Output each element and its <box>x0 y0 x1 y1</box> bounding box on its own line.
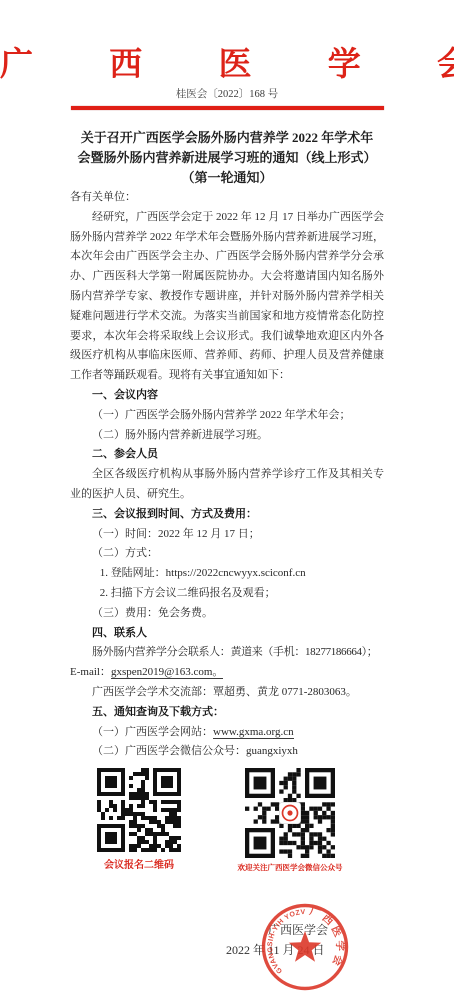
section4-email-line: E-mail：gxspen2019@163.com。 <box>70 663 384 683</box>
notice-title-line1: 关于召开广西医学会肠外肠内营养学 2022 年学术年 <box>70 128 384 148</box>
seal-star <box>289 931 321 962</box>
org-masthead: 广 西 医 学 会 <box>0 0 454 84</box>
website-url: www.gxma.org.cn <box>213 726 294 739</box>
section3-item3: （三）费用：免会务费。 <box>70 604 384 624</box>
section5-heading: 五、通知查询及下载方式： <box>70 703 384 723</box>
wechat-qr-caption: 欢迎关注广西医学会微信公众号 <box>238 862 343 873</box>
wechat-qr-center-logo <box>279 802 300 823</box>
section5-item1: （一）广西医学会网站：www.gxma.org.cn <box>70 723 384 743</box>
email-label: E-mail： <box>70 666 111 678</box>
section2-heading: 二、参会人员 <box>70 445 384 465</box>
registration-qr-block: 会议报名二维码 <box>97 768 181 873</box>
section3-item2: （二）方式： <box>70 544 384 564</box>
section3-heading: 三、会议报到时间、方式及费用： <box>70 505 384 525</box>
document-page: 广 西 医 学 会 桂医会〔2022〕168 号 关于召开广西医学会肠外肠内营养… <box>0 0 454 1000</box>
section5-item2: （二）广西医学会微信公众号：guangxiyxh <box>70 742 384 762</box>
section1-item1: （一）广西医学会肠外肠内营养学 2022 年学术年会； <box>70 406 384 426</box>
red-divider-line <box>71 106 384 110</box>
notice-body: 各有关单位： 经研究，广西医学会定于 2022 年 12 月 17 日举办广西医… <box>70 188 384 762</box>
official-seal: GVANGSIH-YIH YOZVEI 广西医学会 <box>260 901 350 993</box>
salutation: 各有关单位： <box>70 188 384 208</box>
registration-qr-code <box>97 768 181 852</box>
section4-office-line: 广西医学会学术交流部：覃超勇、黄龙 0771-2803063。 <box>70 683 384 703</box>
document-content: 关于召开广西医学会肠外肠内营养学 2022 年学术年 会暨肠外肠内营养新进展学习… <box>70 128 384 873</box>
org-masthead-text: 广 西 医 学 会 <box>0 47 454 83</box>
wechat-qr-code <box>245 768 335 858</box>
section3-sub1: 1. 登陆网址：https://2022cncwyyx.sciconf.cn <box>70 564 384 584</box>
qr-code-row: 会议报名二维码 <box>97 768 384 873</box>
section1-heading: 一、会议内容 <box>70 386 384 406</box>
registration-qr-caption: 会议报名二维码 <box>104 856 174 871</box>
notice-title: 关于召开广西医学会肠外肠内营养学 2022 年学术年 会暨肠外肠内营养新进展学习… <box>70 128 384 188</box>
notice-title-line3: （第一轮通知） <box>70 168 384 188</box>
website-label: （一）广西医学会网站： <box>92 726 213 738</box>
doc-number: 桂医会〔2022〕168 号 <box>0 87 454 102</box>
email-address: gxspen2019@163.com。 <box>111 666 223 679</box>
section4-contact-line: 肠外肠内营养学分会联系人：黄道来（手机：18277186664）； <box>70 643 384 663</box>
wechat-qr-block: 欢迎关注广西医学会微信公众号 <box>245 768 335 873</box>
section4-heading: 四、联系人 <box>70 624 384 644</box>
section3-sub2: 2. 扫描下方会议二维码报名及观看； <box>70 584 384 604</box>
section1-item2: （二）肠外肠内营养新进展学习班。 <box>70 426 384 446</box>
intro-paragraph: 经研究，广西医学会定于 2022 年 12 月 17 日举办广西医学会肠外肠内营… <box>70 208 384 386</box>
section3-item1: （一）时间：2022 年 12 月 17 日； <box>70 525 384 545</box>
notice-title-line2: 会暨肠外肠内营养新进展学习班的通知（线上形式） <box>70 148 384 168</box>
section2-text: 全区各级医疗机构从事肠外肠内营养学诊疗工作及其相关专业的医护人员、研究生。 <box>70 465 384 505</box>
